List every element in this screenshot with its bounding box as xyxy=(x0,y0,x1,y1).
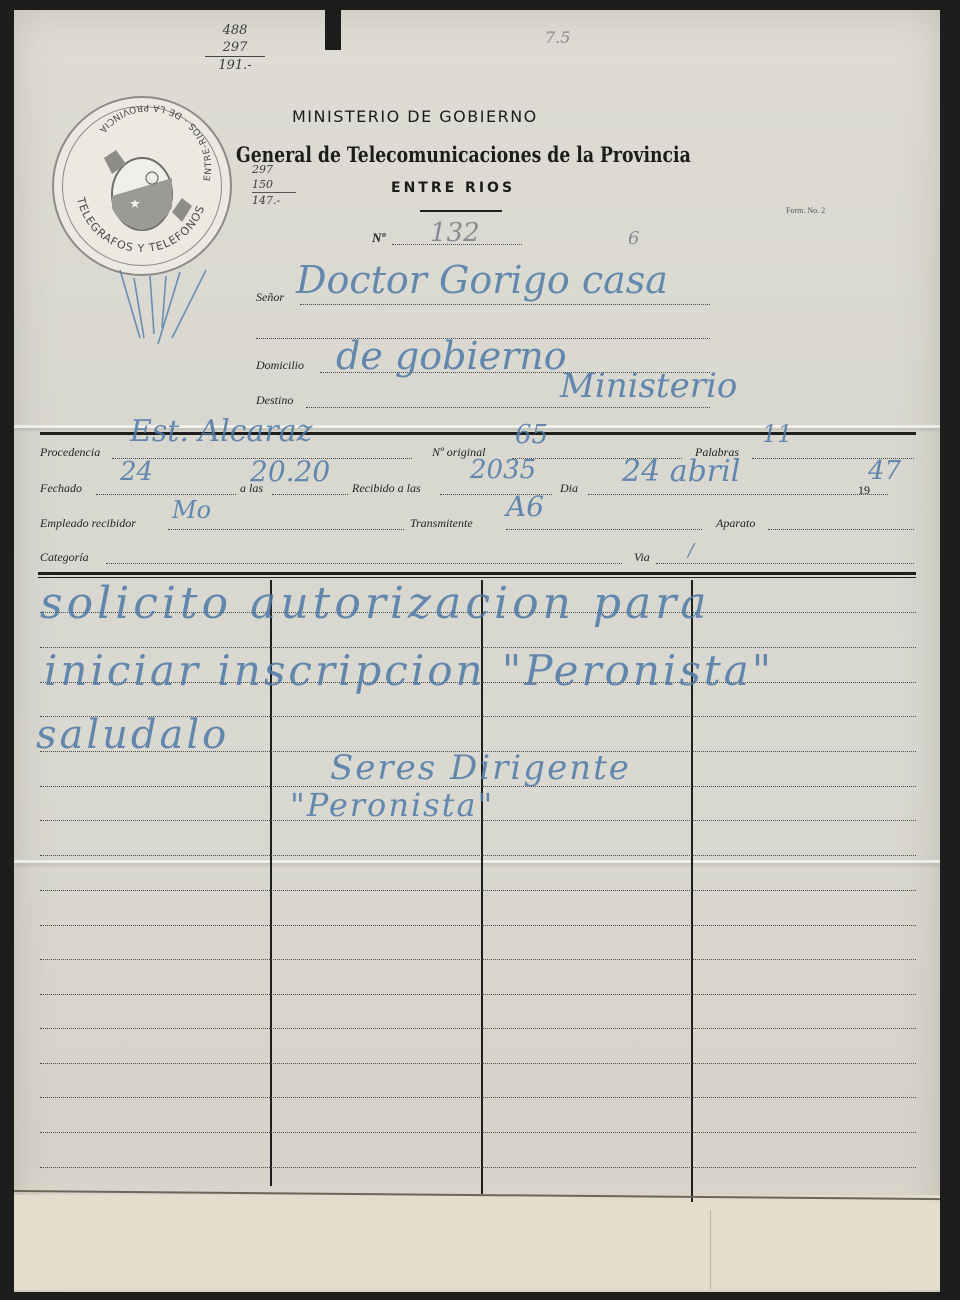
tally-line: 147.- xyxy=(252,193,296,208)
destino-value: Ministerio xyxy=(560,366,737,406)
categoria-line xyxy=(106,563,622,564)
aparato-label: Aparato xyxy=(716,516,755,531)
procedencia-label: Procedencia xyxy=(40,445,100,460)
numero-value: 132 xyxy=(430,218,480,248)
telegraph-seal: TELEGRAFOS Y TELEFONOS ENTRE-RIOS · DE L… xyxy=(52,96,232,276)
recibido-value: 2035 xyxy=(470,455,536,485)
tally-line: 488 xyxy=(205,22,265,39)
dia-label: Dia xyxy=(560,481,578,496)
message-top-rule xyxy=(38,572,916,575)
categoria-label: Categoría xyxy=(40,550,89,565)
destino-line xyxy=(306,407,710,408)
fechado-label: Fechado xyxy=(40,481,82,496)
message-line: solicito autorizacion para xyxy=(40,578,711,629)
tally-line: 297 xyxy=(252,162,296,177)
aparato-line xyxy=(768,529,914,530)
empleado-label: Empleado recibidor xyxy=(40,516,136,531)
fechado-line xyxy=(96,494,236,495)
senor-label: Señor xyxy=(256,290,284,305)
transmitente-line xyxy=(506,529,702,530)
palabras-value: 11 xyxy=(762,420,793,448)
dia-value: 24 abril xyxy=(622,454,740,489)
message-row-line xyxy=(40,925,916,926)
tally-line: 297 xyxy=(205,39,265,57)
ministry-heading: MINISTERIO DE GOBIERNO xyxy=(292,107,538,126)
torn-notch xyxy=(325,10,341,50)
message-row-line xyxy=(40,1063,916,1064)
message-row-line xyxy=(40,1132,916,1133)
numero-mark: 6 xyxy=(628,228,639,249)
message-row-line xyxy=(40,1097,916,1098)
fechado-value: 24 xyxy=(120,457,153,487)
empleado-value: Mo xyxy=(172,496,211,524)
tally-line: 191.- xyxy=(205,57,265,74)
a-las-value: 20.20 xyxy=(250,455,330,488)
a-las-line xyxy=(272,494,348,495)
folded-bottom-strip xyxy=(14,1195,940,1290)
via-line xyxy=(656,563,914,564)
tally-line: 150 xyxy=(252,177,296,193)
senor-line xyxy=(300,304,710,305)
message-line: "Peronista" xyxy=(290,786,494,824)
ink-flourish-icon xyxy=(110,268,220,348)
message-line: iniciar inscripcion "Peronista" xyxy=(44,646,774,695)
message-line: Seres Dirigente xyxy=(330,748,631,788)
transmitente-label: Transmitente xyxy=(410,516,473,531)
numero-label: Nº xyxy=(372,230,385,246)
province-heading: ENTRE RIOS xyxy=(391,180,515,196)
message-row-line xyxy=(40,959,916,960)
message-row-line xyxy=(40,1167,916,1168)
via-label: Via xyxy=(634,550,650,565)
original-value: 65 xyxy=(515,420,548,450)
destino-label: Destino xyxy=(256,393,293,408)
procedencia-value: Est. Alcaraz xyxy=(130,414,312,449)
page-title: General de Telecomunicaciones de la Prov… xyxy=(236,142,691,167)
empleado-line xyxy=(168,529,404,530)
recibido-label: Recibido a las xyxy=(352,481,421,496)
strip-crease xyxy=(710,1210,711,1290)
message-row-line xyxy=(40,1028,916,1029)
fold-line xyxy=(14,860,940,863)
pencil-note: 7.5 xyxy=(545,28,570,47)
side-tally: 297 150 147.- xyxy=(252,162,296,208)
year-value: 47 xyxy=(868,456,901,486)
message-row-line xyxy=(40,855,916,856)
domicilio-label: Domicilio xyxy=(256,358,304,373)
senor-value: Doctor Gorigo casa xyxy=(296,258,668,302)
via-value: / xyxy=(688,540,694,561)
message-row-line xyxy=(40,890,916,891)
message-row-line xyxy=(40,994,916,995)
seal-emblem-icon: TELEGRAFOS Y TELEFONOS ENTRE-RIOS · DE L… xyxy=(54,98,230,274)
header-rule xyxy=(420,210,502,212)
form-number: Form. No. 2 xyxy=(786,206,825,215)
dia-line xyxy=(588,494,888,495)
message-line: saludalo xyxy=(36,712,229,758)
corner-tally: 488 297 191.- xyxy=(205,22,265,74)
domicilio-value: de gobierno xyxy=(336,334,567,378)
transmitente-value: A6 xyxy=(506,490,544,523)
